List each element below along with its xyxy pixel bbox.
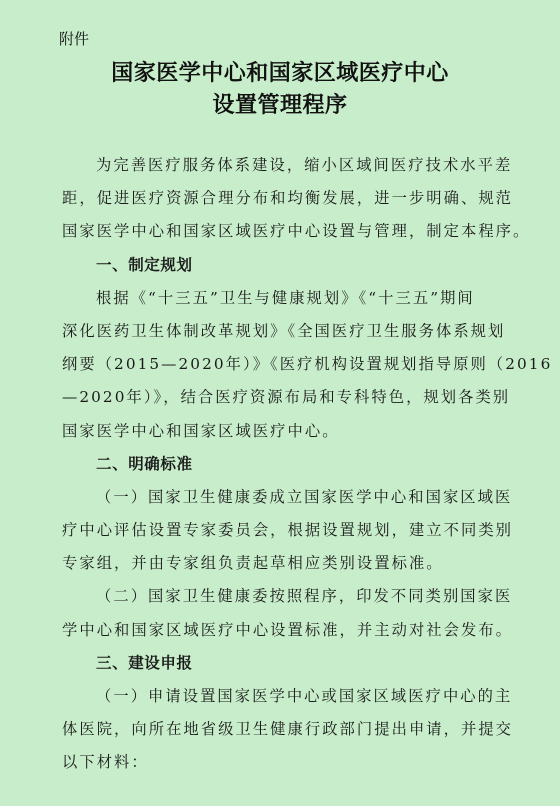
paragraph-line: 为完善医疗服务体系建设，缩小区域间医疗技术水平差 [62,149,512,182]
paragraph-line: 学中心和国家区域医疗中心设置标准，并主动对社会发布。 [62,614,512,647]
section-heading: 三、建设申报 [62,647,512,680]
paragraph-line: （二）国家卫生健康委按照程序，印发不同类别国家医 [62,580,512,613]
document-title-line-1: 国家医学中心和国家区域医疗中心 [0,56,560,87]
section-heading: 一、制定规划 [62,249,512,282]
paragraph-line: 国家医学中心和国家区域医疗中心。 [62,415,512,448]
paragraph-line: 以下材料： [62,746,512,779]
paragraph-line: 体医院，向所在地省级卫生健康行政部门提出申请，并提交 [62,713,512,746]
paragraph-line: 疗中心评估设置专家委员会，根据设置规划，建立不同类别 [62,514,512,547]
document-body: 为完善医疗服务体系建设，缩小区域间医疗技术水平差距，促进医疗资源合理分布和均衡发… [62,149,512,780]
paragraph-line: 专家组，并由专家组负责起草相应类别设置标准。 [62,547,512,580]
section-heading: 二、明确标准 [62,448,512,481]
paragraph-line: 距，促进医疗资源合理分布和均衡发展，进一步明确、规范 [62,182,512,215]
attachment-label: 附件 [59,28,89,49]
document-title-line-2: 设置管理程序 [0,88,560,119]
paragraph-line: —2020年）》，结合医疗资源布局和专科特色，规划各类别 [62,381,512,414]
paragraph-line: 根据《“十三五”卫生与健康规划》《“十三五”期间 [62,282,512,315]
paragraph-line: 深化医药卫生体制改革规划》《全国医疗卫生服务体系规划 [62,315,512,348]
paragraph-line: （一）申请设置国家医学中心或国家区域医疗中心的主 [62,680,512,713]
paragraph-line: 纲要（2015—2020年）》《医疗机构设置规划指导原则（2016 [62,348,512,381]
paragraph-line: （一）国家卫生健康委成立国家医学中心和国家区域医 [62,481,512,514]
paragraph-line: 国家医学中心和国家区域医疗中心设置与管理，制定本程序。 [62,215,512,248]
